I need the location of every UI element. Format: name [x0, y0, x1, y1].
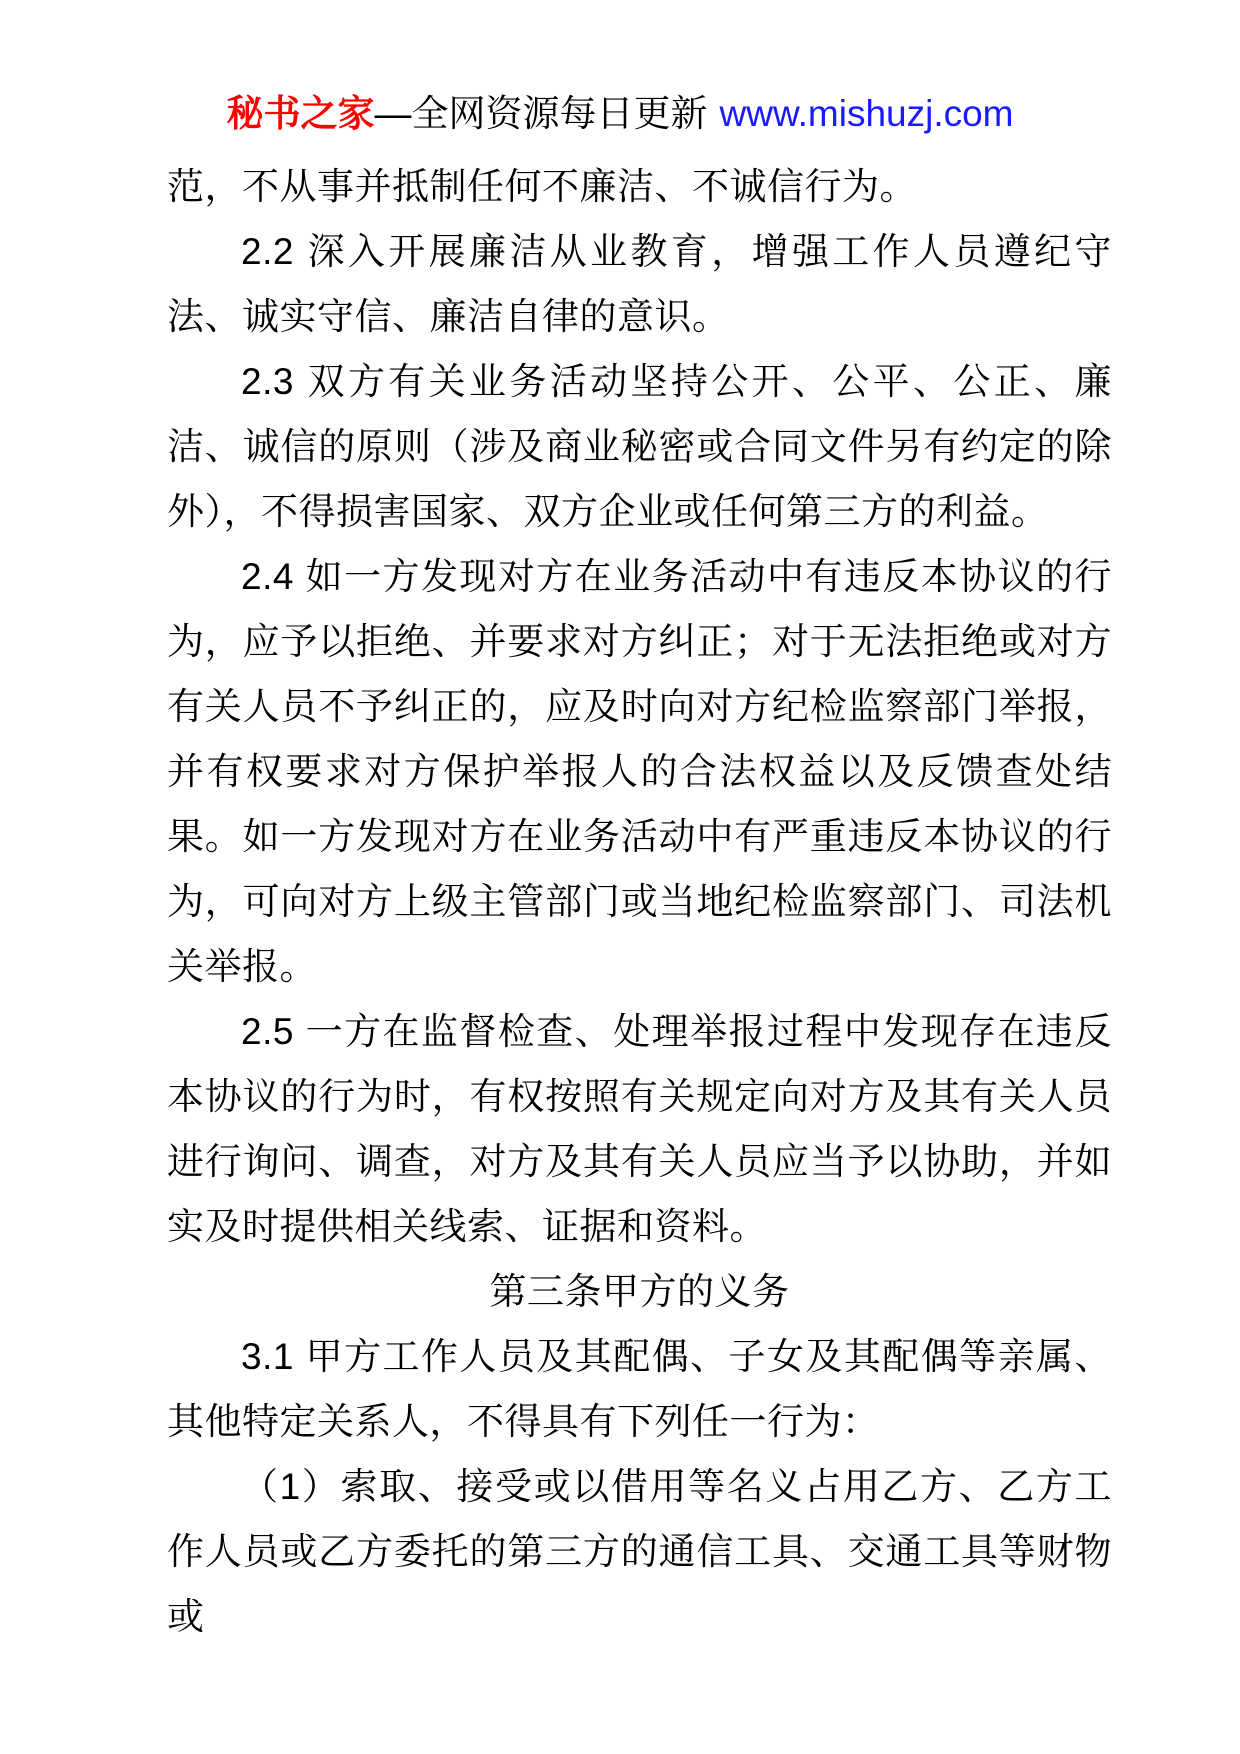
- clause-2-5: 2.5 一方在监督检查、处理举报过程中发现存在违反本协议的行为时，有权按照有关规…: [167, 999, 1112, 1259]
- document-page: 秘书之家—全网资源每日更新www.mishuzj.com 范，不从事并抵制任何不…: [0, 0, 1240, 1754]
- clause-2-2: 2.2 深入开展廉洁从业教育，增强工作人员遵纪守法、诚实守信、廉洁自律的意识。: [167, 219, 1112, 349]
- section-heading-3: 第三条甲方的义务: [167, 1259, 1112, 1324]
- document-header: 秘书之家—全网资源每日更新www.mishuzj.com: [0, 88, 1240, 140]
- clause-2-3: 2.3 双方有关业务活动坚持公开、公平、公正、廉洁、诚信的原则（涉及商业秘密或合…: [167, 349, 1112, 544]
- document-body: 范，不从事并抵制任何不廉洁、不诚信行为。 2.2 深入开展廉洁从业教育，增强工作…: [167, 154, 1112, 1649]
- clause-3-1-item-1: （1）索取、接受或以借用等名义占用乙方、乙方工作人员或乙方委托的第三方的通信工具…: [167, 1454, 1112, 1649]
- clause-2-4: 2.4 如一方发现对方在业务活动中有违反本协议的行为，应予以拒绝、并要求对方纠正…: [167, 544, 1112, 999]
- site-tagline: —全网资源每日更新: [375, 93, 708, 134]
- site-url-link[interactable]: www.mishuzj.com: [720, 93, 1014, 134]
- site-brand: 秘书之家: [227, 93, 375, 134]
- clause-continuation: 范，不从事并抵制任何不廉洁、不诚信行为。: [167, 154, 1112, 219]
- clause-3-1: 3.1 甲方工作人员及其配偶、子女及其配偶等亲属、其他特定关系人，不得具有下列任…: [167, 1324, 1112, 1454]
